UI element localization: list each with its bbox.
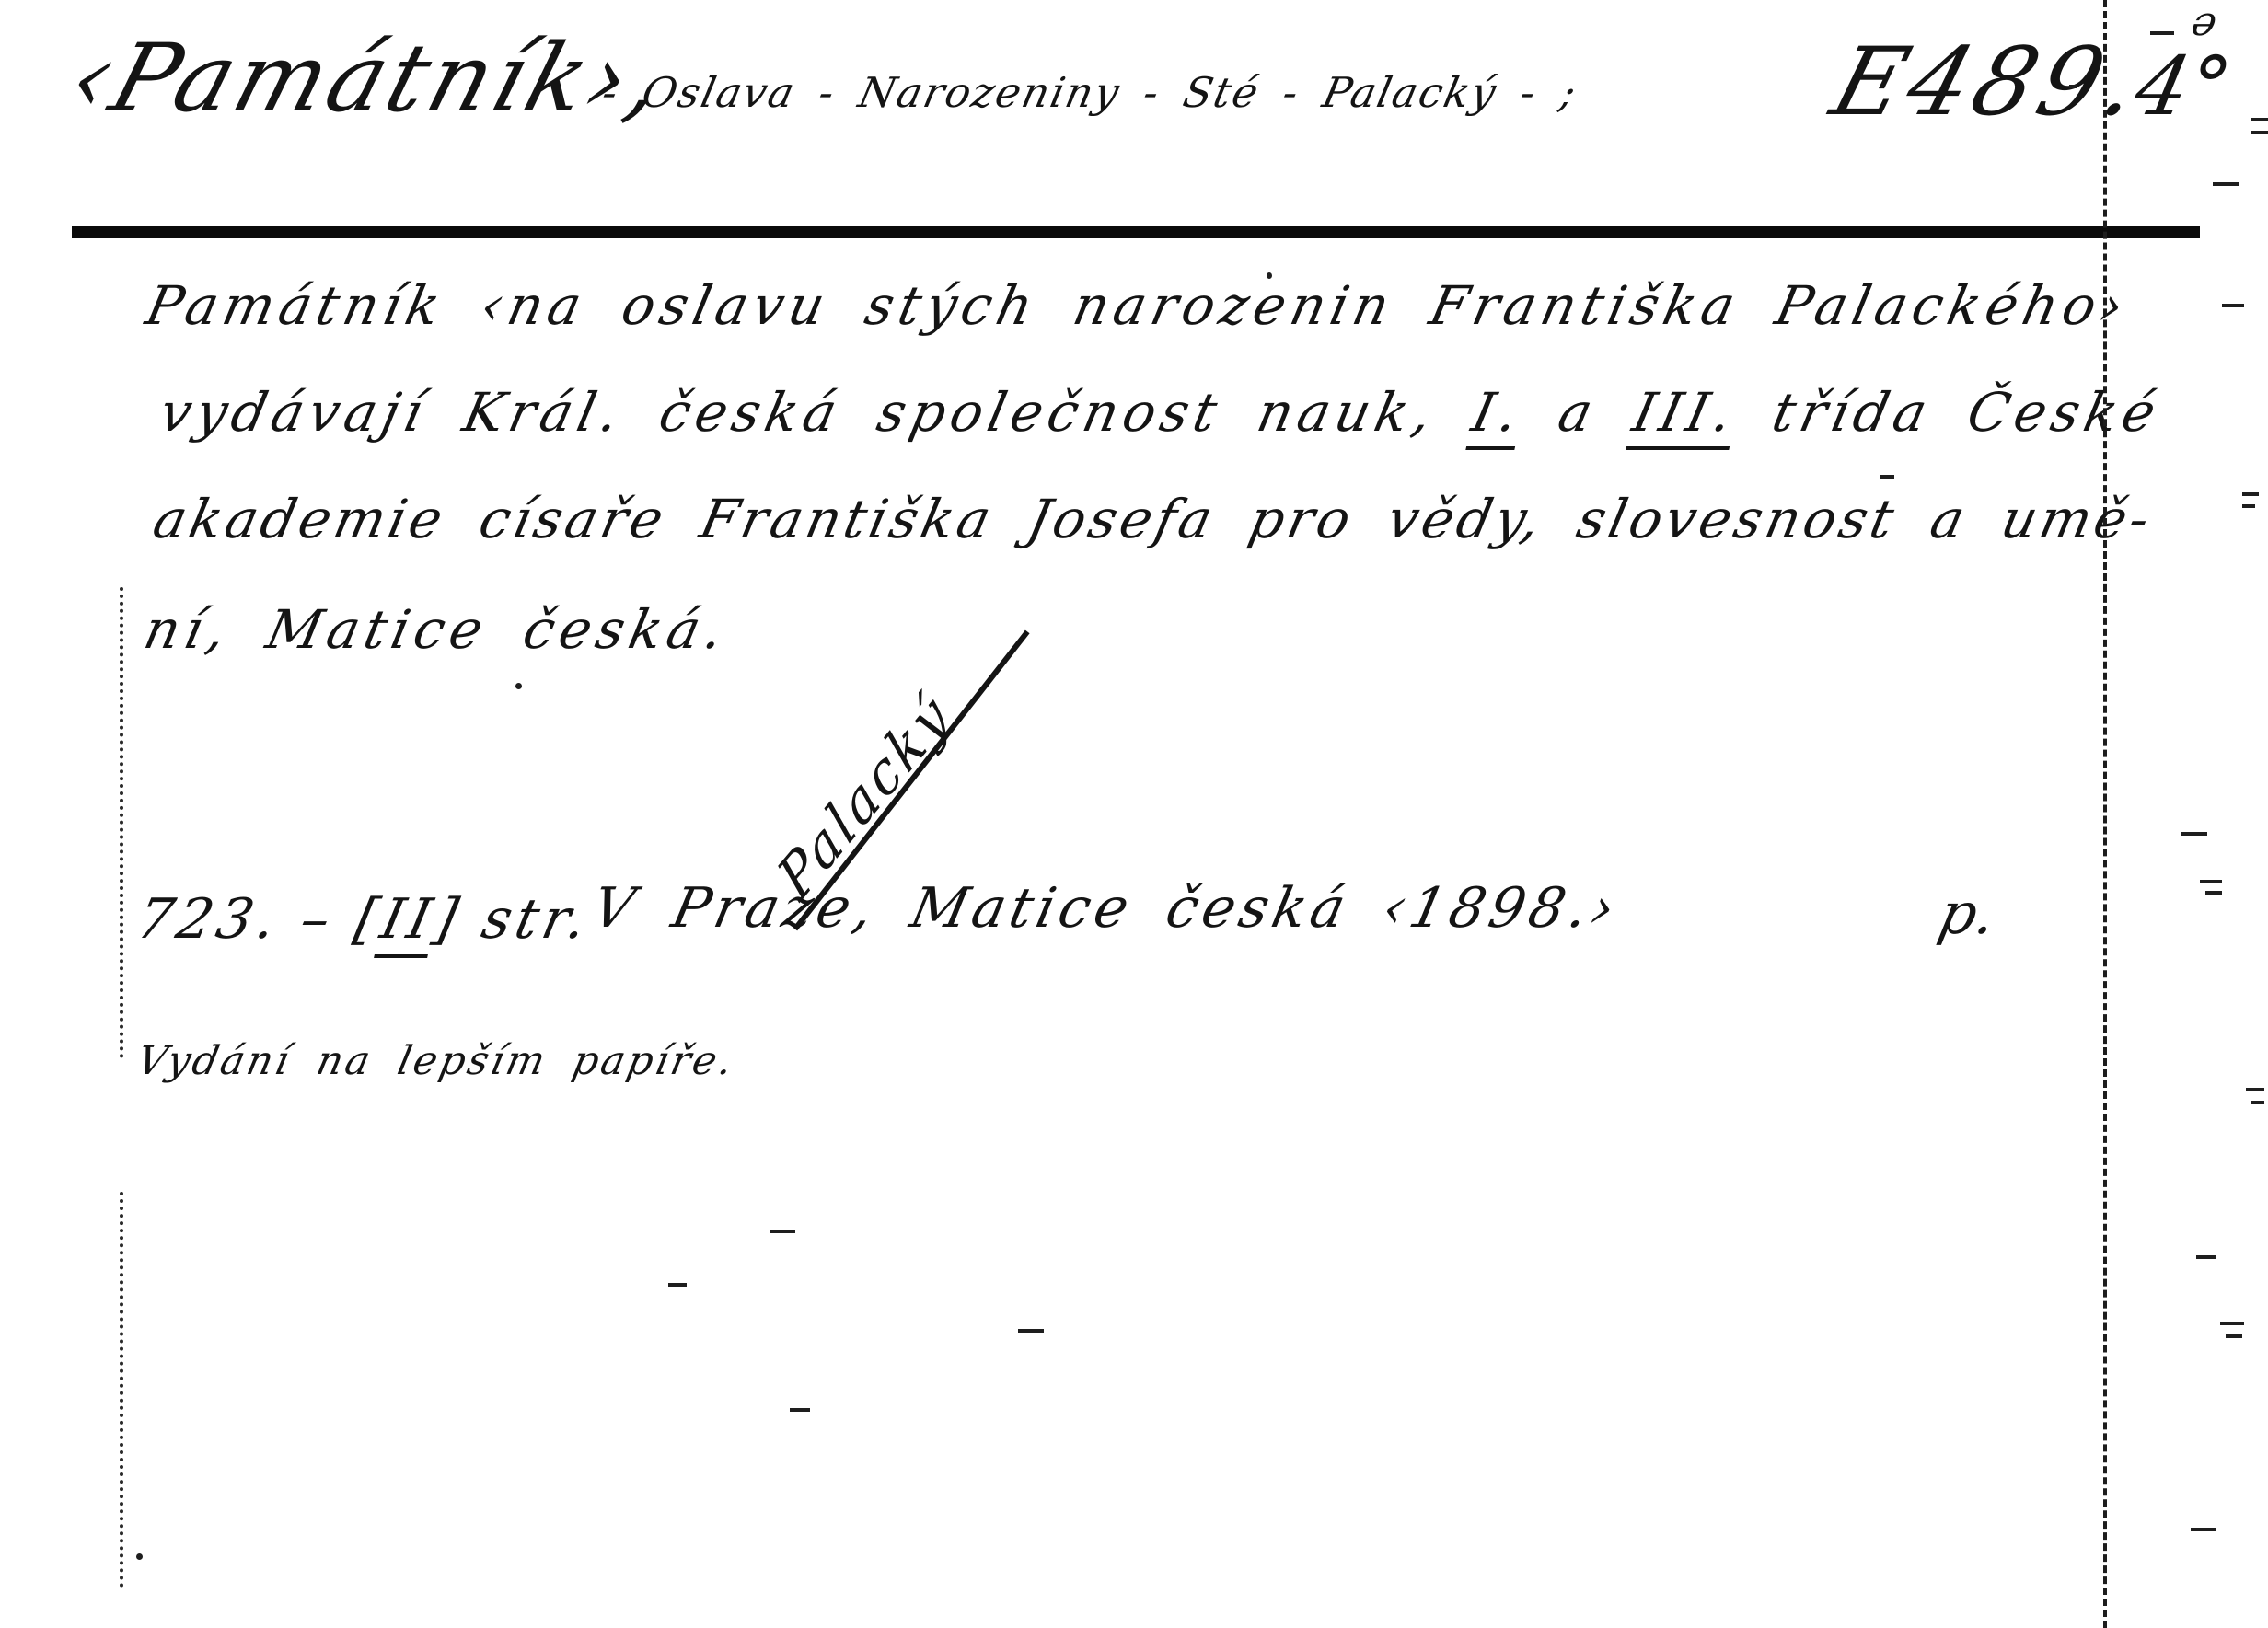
pagination-pre: 723. – [ bbox=[132, 887, 389, 952]
pagination-post: ] str. bbox=[428, 887, 596, 952]
header-rule bbox=[72, 226, 2200, 238]
scan-artifact bbox=[2200, 880, 2222, 883]
scan-artifact bbox=[2213, 182, 2239, 186]
scan-artifact bbox=[2242, 492, 2259, 496]
body-line-2: vydávají Král. česká společnost nauk, I.… bbox=[155, 381, 2167, 444]
edition-note: Vydání na lepším papíře. bbox=[133, 1038, 740, 1084]
scan-artifact bbox=[2205, 891, 2222, 895]
scan-artifact bbox=[1267, 272, 1272, 279]
scan-artifact bbox=[2246, 1088, 2264, 1091]
scan-artifact bbox=[2181, 832, 2207, 836]
scan-artifact bbox=[2222, 304, 2244, 307]
scan-artifact bbox=[2242, 504, 2255, 508]
subject-headings: - Oslava - Narozeniny - Sté - Palacký - … bbox=[597, 68, 1581, 117]
body-line-4: ní, Matice česká. bbox=[139, 598, 735, 661]
scan-artifact bbox=[790, 1408, 810, 1412]
format-mark: 4° bbox=[2127, 39, 2239, 133]
scan-artifact bbox=[2220, 1322, 2244, 1325]
scan-artifact bbox=[515, 683, 522, 689]
left-dotted-line-upper bbox=[120, 587, 123, 1058]
body-line-2-pre: vydávají Král. česká společnost nauk, bbox=[155, 381, 1480, 444]
scan-artifact bbox=[2196, 1255, 2216, 1259]
scan-artifact bbox=[2251, 1101, 2264, 1104]
scan-artifact bbox=[769, 1230, 795, 1233]
scan-artifact bbox=[2191, 1528, 2216, 1531]
scan-artifact bbox=[2150, 31, 2174, 35]
right-dotted-line bbox=[2103, 0, 2107, 1628]
left-dotted-line-lower bbox=[120, 1192, 123, 1588]
scan-artifact bbox=[2251, 131, 2268, 134]
body-line-2-post: třída České bbox=[1730, 381, 2167, 444]
scan-artifact bbox=[1880, 475, 1894, 479]
scan-artifact bbox=[2069, 85, 2077, 88]
catalog-card: ‹Památník›, - Oslava - Narozeniny - Sté … bbox=[0, 0, 2268, 1628]
card-title: ‹Památník›, bbox=[58, 24, 680, 133]
scan-artifact bbox=[2251, 118, 2268, 121]
scan-artifact bbox=[136, 1553, 143, 1560]
body-line-1: Památník ‹na oslavu stých narozenin Fran… bbox=[141, 274, 2135, 337]
scan-artifact bbox=[1018, 1329, 1044, 1333]
imprint: V Praze, Matice česká ‹1898.› bbox=[587, 876, 1626, 941]
scan-artifact bbox=[668, 1283, 687, 1287]
scan-artifact bbox=[2226, 1334, 2242, 1338]
body-line-3: akademie císaře Františka Josefa pro věd… bbox=[148, 488, 2158, 550]
pagination: 723. – [II] str. bbox=[132, 887, 597, 952]
roman-numeral-3: III. bbox=[1626, 381, 1743, 450]
p-mark: p. bbox=[1933, 880, 2002, 947]
body-line-2-mid: a bbox=[1516, 381, 1641, 444]
